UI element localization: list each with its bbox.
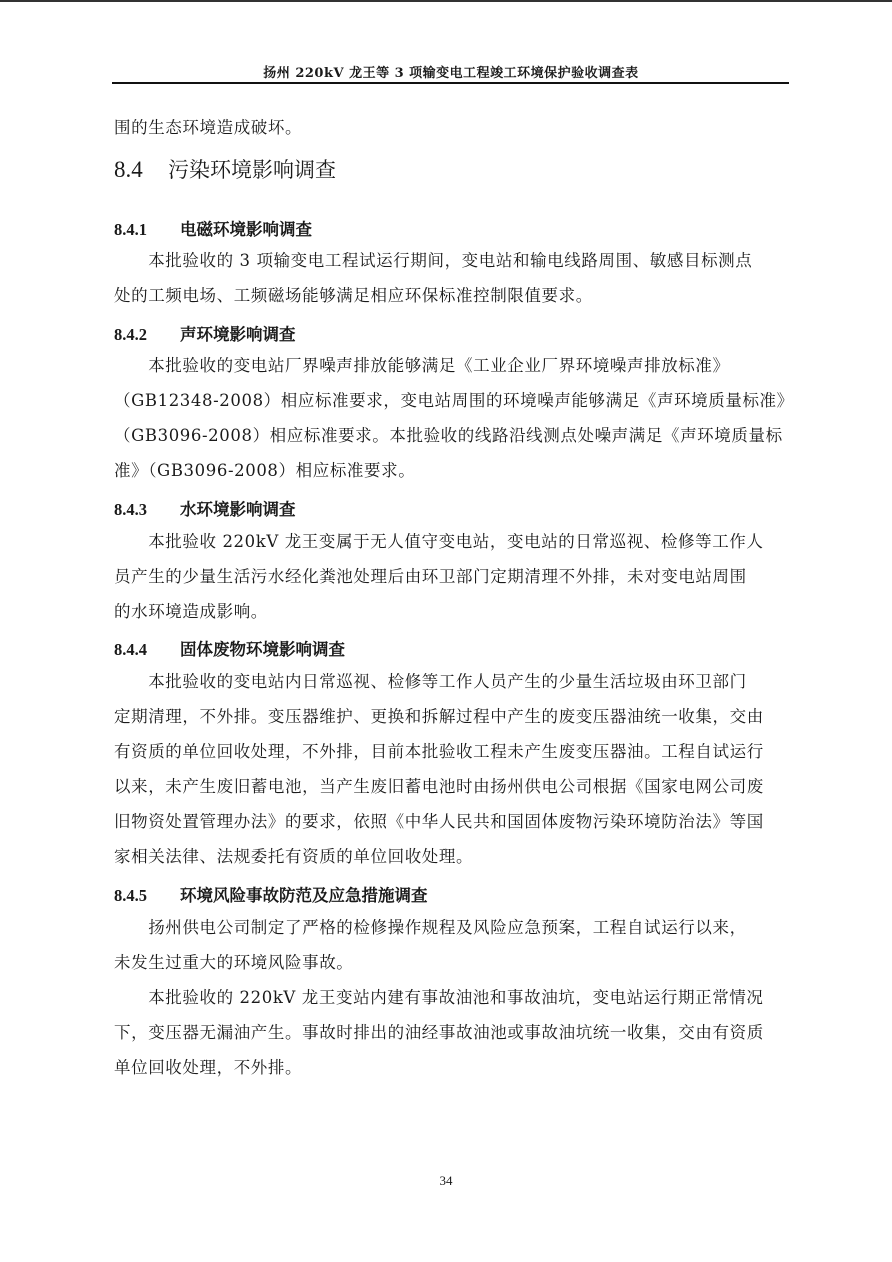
continuation-paragraph: 围的生态环境造成破坏。: [114, 110, 788, 145]
subsection-title: 固体废物环境影响调查: [180, 640, 345, 659]
subsection-heading-8-4-4: 8.4.4固体废物环境影响调查: [114, 636, 345, 660]
text-line: 本批验收的 220kV 龙王变站内建有事故油池和事故油坑，变电站运行期正常情况: [114, 980, 788, 1015]
text-line: 以来，未产生废旧蓄电池，当产生废旧蓄电池时由扬州供电公司根据《国家电网公司废: [114, 769, 788, 804]
text-line: 处的工频电场、工频磁场能够满足相应环保标准控制限值要求。: [114, 278, 788, 313]
subsection-number: 8.4.4: [114, 640, 180, 660]
paragraph: 扬州供电公司制定了严格的检修操作规程及风险应急预案，工程自试运行以来， 未发生过…: [114, 910, 788, 980]
subsection-number: 8.4.5: [114, 886, 180, 906]
page-top-border: [0, 0, 892, 2]
paragraph: 本批验收的变电站厂界噪声排放能够满足《工业企业厂界环境噪声排放标准》 （GB12…: [114, 348, 788, 488]
page-number: 34: [0, 1173, 892, 1189]
text-line: 员产生的少量生活污水经化粪池处理后由环卫部门定期清理不外排，未对变电站周围: [114, 559, 788, 594]
running-header: 扬州 220kV 龙王等 3 项输变电工程竣工环境保护验收调查表: [114, 62, 788, 81]
text-line: 的水环境造成影响。: [114, 594, 788, 629]
header-rule: [112, 82, 789, 84]
text-line: 家相关法律、法规委托有资质的单位回收处理。: [114, 839, 788, 874]
text-line: 本批验收的变电站内日常巡视、检修等工作人员产生的少量生活垃圾由环卫部门: [114, 664, 788, 699]
paragraph: 本批验收的 220kV 龙王变站内建有事故油池和事故油坑，变电站运行期正常情况 …: [114, 980, 788, 1085]
text-line: 有资质的单位回收处理，不外排，目前本批验收工程未产生废变压器油。工程自试运行: [114, 734, 788, 769]
subsection-heading-8-4-1: 8.4.1电磁环境影响调查: [114, 216, 312, 240]
subsection-title: 电磁环境影响调查: [180, 220, 312, 239]
text-line: 本批验收的 3 项输变电工程试运行期间，变电站和输电线路周围、敏感目标测点: [114, 243, 788, 278]
text-line: 未发生过重大的环境风险事故。: [114, 945, 788, 980]
text-line: 旧物资处置管理办法》的要求，依照《中华人民共和国固体废物污染环境防治法》等国: [114, 804, 788, 839]
text-line: 准》（GB3096-2008）相应标准要求。: [114, 453, 788, 488]
subsection-title: 声环境影响调查: [180, 325, 296, 344]
subsection-number: 8.4.1: [114, 220, 180, 240]
paragraph: 本批验收 220kV 龙王变属于无人值守变电站，变电站的日常巡视、检修等工作人 …: [114, 524, 788, 629]
paragraph: 本批验收的 3 项输变电工程试运行期间，变电站和输电线路周围、敏感目标测点 处的…: [114, 243, 788, 313]
subsection-heading-8-4-2: 8.4.2声环境影响调查: [114, 321, 296, 345]
text-line: 下，变压器无漏油产生。事故时排出的油经事故油池或事故油坑统一收集，交由有资质: [114, 1015, 788, 1050]
text-line: 定期清理，不外排。变压器维护、更换和拆解过程中产生的废变压器油统一收集，交由: [114, 699, 788, 734]
paragraph: 本批验收的变电站内日常巡视、检修等工作人员产生的少量生活垃圾由环卫部门 定期清理…: [114, 664, 788, 874]
subsection-number: 8.4.3: [114, 500, 180, 520]
subsection-heading-8-4-5: 8.4.5环境风险事故防范及应急措施调查: [114, 882, 428, 906]
text-line: 单位回收处理，不外排。: [114, 1050, 788, 1085]
subsection-title: 水环境影响调查: [180, 500, 296, 519]
subsection-heading-8-4-3: 8.4.3水环境影响调查: [114, 496, 296, 520]
text-line: 围的生态环境造成破坏。: [114, 110, 788, 145]
text-line: （GB3096-2008）相应标准要求。本批验收的线路沿线测点处噪声满足《声环境…: [114, 418, 788, 453]
text-line: 本批验收的变电站厂界噪声排放能够满足《工业企业厂界环境噪声排放标准》: [114, 348, 788, 383]
section-title: 污染环境影响调查: [168, 158, 336, 182]
section-heading: 8.4污染环境影响调查: [114, 154, 336, 184]
section-number: 8.4: [114, 157, 168, 183]
text-line: （GB12348-2008）相应标准要求，变电站周围的环境噪声能够满足《声环境质…: [114, 383, 788, 418]
subsection-title: 环境风险事故防范及应急措施调查: [180, 886, 428, 905]
subsection-number: 8.4.2: [114, 325, 180, 345]
text-line: 扬州供电公司制定了严格的检修操作规程及风险应急预案，工程自试运行以来，: [114, 910, 788, 945]
text-line: 本批验收 220kV 龙王变属于无人值守变电站，变电站的日常巡视、检修等工作人: [114, 524, 788, 559]
